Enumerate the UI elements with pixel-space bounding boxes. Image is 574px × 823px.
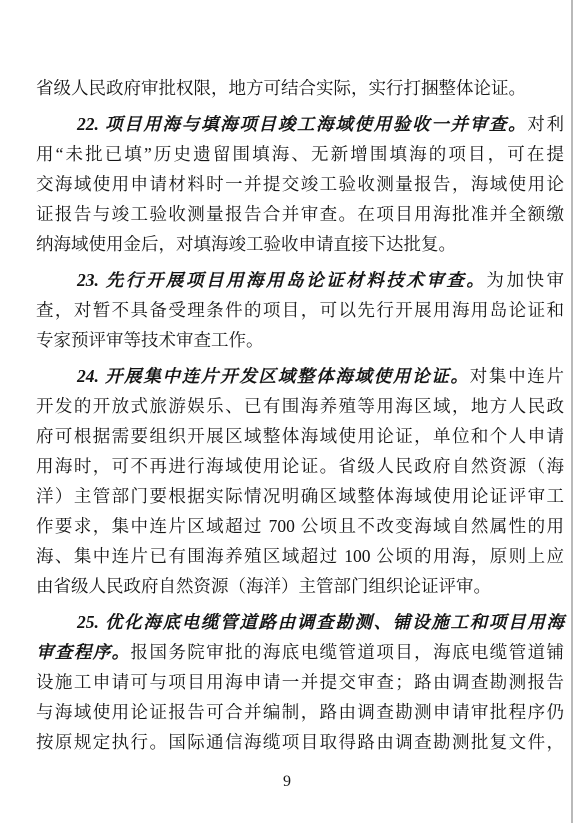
body-text: 证报告与竣工验收测量报告合并审查。在项目用海批准并全额缴 [36,204,564,224]
paragraph: 22. 项目用海与填海项目竣工海域使用验收一并审查。对利用“未批已填”历史遗留围… [36,109,564,259]
body-text: 交海域使用申请材料时一并提交竣工验收测量报告，海域使用论 [36,174,564,194]
text-line: 与海域使用论证报告可合并编制，路由调查勘测申请审批程序仍 [36,697,564,727]
text-line: 由省级人民政府自然资源（海洋）主管部门组织论证评审。 [36,571,564,601]
text-line: 纳海域使用金后，对填海竣工验收申请直接下达批复。 [36,229,564,259]
text-line: 23. 先行开展项目用海用岛论证材料技术审查。为加快审 [36,265,564,295]
text-line: 24. 开展集中连片开发区域整体海域使用论证。对集中连片 [36,361,564,391]
text-line: 作要求，集中连片区域超过 700 公顷且不改变海域自然属性的用 [36,511,564,541]
item-heading-text: 22. 项目用海与填海项目竣工海域使用验收一并审查。 [77,114,527,134]
item-heading-text: 审查程序。 [36,642,131,662]
body-text: 作要求，集中连片区域超过 700 公顷且不改变海域自然属性的用 [36,516,564,536]
body-text: 为加快审 [486,270,564,290]
body-text: 纳海域使用金后，对填海竣工验收申请直接下达批复。 [36,234,456,254]
paragraph: 省级人民政府审批权限，地方可结合实际，实行打捆整体论证。 [36,73,564,103]
text-line: 开发的开放式旅游娱乐、已有围海养殖等用海区域，地方人民政 [36,391,564,421]
item-heading-text: 25. 优化海底电缆管道路由调查勘测、铺设施工和项目用海 [77,612,564,632]
text-line: 省级人民政府审批权限，地方可结合实际，实行打捆整体论证。 [36,73,564,103]
scanned-document-page: 省级人民政府审批权限，地方可结合实际，实行打捆整体论证。22. 项目用海与填海项… [0,0,574,823]
body-text: 由省级人民政府自然资源（海洋）主管部门组织论证评审。 [36,576,491,596]
text-line: 专家预评审等技术审查工作。 [36,325,564,355]
body-text: 查，对暂不具备受理条件的项目，可以先行开展用海用岛论证和 [36,300,564,320]
body-text: 对集中连片 [470,366,564,386]
body-text: 与海域使用论证报告可合并编制，路由调查勘测申请审批程序仍 [36,702,564,722]
text-line: 洋）主管部门要根据实际情况明确区域整体海域使用论证评审工 [36,481,564,511]
text-line: 按原规定执行。国际通信海缆项目取得路由调查勘测批复文件， [36,727,564,757]
text-line: 设施工申请可与项目用海申请一并提交审查；路由调查勘测报告 [36,667,564,697]
scan-edge-line [571,0,573,823]
paragraph: 24. 开展集中连片开发区域整体海域使用论证。对集中连片开发的开放式旅游娱乐、已… [36,361,564,601]
body-text: 对利 [527,114,564,134]
body-text: 设施工申请可与项目用海申请一并提交审查；路由调查勘测报告 [36,672,564,692]
body-text: 用海时，可不再进行海域使用论证。省级人民政府自然资源（海 [36,456,564,476]
body-text: 按原规定执行。国际通信海缆项目取得路由调查勘测批复文件， [36,732,564,752]
body-text: 专家预评审等技术审查工作。 [36,330,264,350]
body-text: 报国务院审批的海底电缆管道项目，海底电缆管道铺 [131,642,564,662]
text-line: 用海时，可不再进行海域使用论证。省级人民政府自然资源（海 [36,451,564,481]
text-line: 证报告与竣工验收测量报告合并审查。在项目用海批准并全额缴 [36,199,564,229]
text-line: 查，对暂不具备受理条件的项目，可以先行开展用海用岛论证和 [36,295,564,325]
body-text: 用“未批已填”历史遗留围填海、无新增围填海的项目，可在提 [36,144,564,164]
document-text: 省级人民政府审批权限，地方可结合实际，实行打捆整体论证。22. 项目用海与填海项… [36,73,564,757]
paragraph: 25. 优化海底电缆管道路由调查勘测、铺设施工和项目用海审查程序。报国务院审批的… [36,607,564,757]
body-text: 洋）主管部门要根据实际情况明确区域整体海域使用论证评审工 [36,486,564,506]
text-line: 府可根据需要组织开展区域整体海域使用论证，单位和个人申请 [36,421,564,451]
body-text: 海、集中连片已有围海养殖区域超过 100 公顷的用海，原则上应 [36,546,564,566]
text-line: 交海域使用申请材料时一并提交竣工验收测量报告，海域使用论 [36,169,564,199]
item-heading-text: 24. 开展集中连片开发区域整体海域使用论证。 [77,366,470,386]
text-line: 审查程序。报国务院审批的海底电缆管道项目，海底电缆管道铺 [36,637,564,667]
body-text: 省级人民政府审批权限，地方可结合实际，实行打捆整体论证。 [36,78,526,98]
text-line: 22. 项目用海与填海项目竣工海域使用验收一并审查。对利 [36,109,564,139]
text-line: 25. 优化海底电缆管道路由调查勘测、铺设施工和项目用海 [36,607,564,637]
text-line: 海、集中连片已有围海养殖区域超过 100 公顷的用海，原则上应 [36,541,564,571]
body-text: 开发的开放式旅游娱乐、已有围海养殖等用海区域，地方人民政 [36,396,564,416]
body-text: 府可根据需要组织开展区域整体海域使用论证，单位和个人申请 [36,426,564,446]
item-heading-text: 23. 先行开展项目用海用岛论证材料技术审查。 [77,270,486,290]
text-line: 用“未批已填”历史遗留围填海、无新增围填海的项目，可在提 [36,139,564,169]
paragraph: 23. 先行开展项目用海用岛论证材料技术审查。为加快审查，对暂不具备受理条件的项… [36,265,564,355]
page-number: 9 [0,770,574,794]
